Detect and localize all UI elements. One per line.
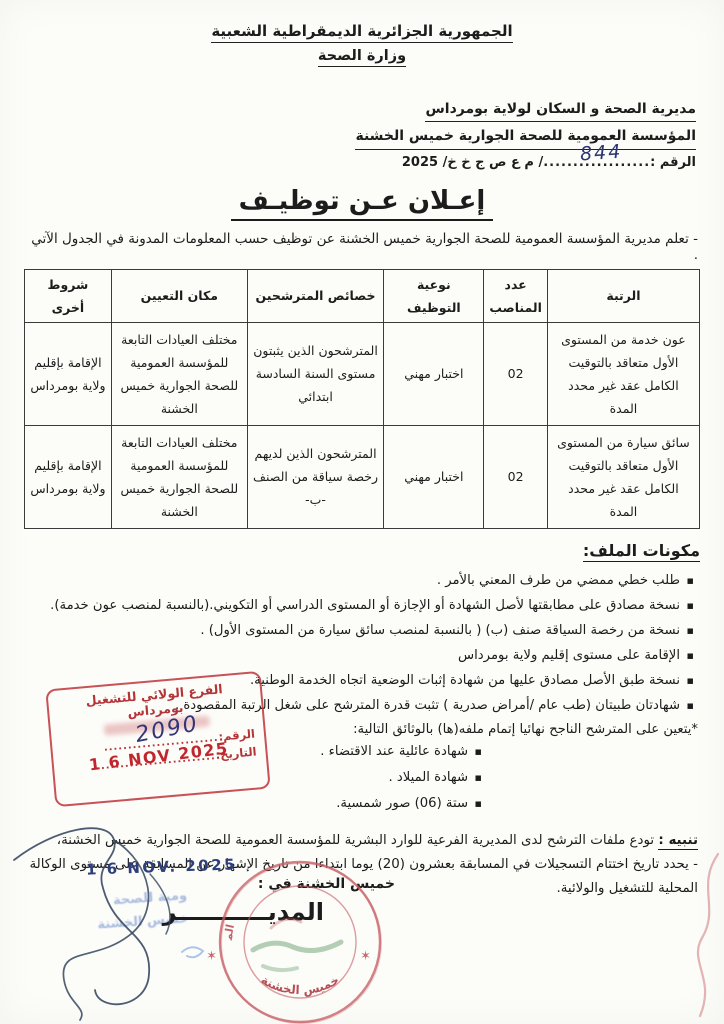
edge-stamp-fragment <box>686 846 724 1022</box>
jobs-table: الرتبة عدد المناصب نوعية التوظيف خصائص ا… <box>24 269 700 529</box>
cell-profile: المترشحون الذين يثبتون مستوى السنة الساد… <box>247 322 384 425</box>
cell-location: مختلف العيادات التابعة للمؤسسة العمومية … <box>111 425 247 528</box>
ref-label: الرقم : <box>650 155 696 170</box>
table-row: عون خدمة من المستوى الأول متعاقد بالتوقي… <box>25 322 700 425</box>
organization-block: مديرية الصحة و السكان لولاية بومرداس الم… <box>24 95 696 174</box>
reference-line: الرقم :..................844/ م ع ص ج خ … <box>24 153 696 174</box>
bullet-icon <box>680 568 694 593</box>
bullet-icon <box>680 693 694 718</box>
cell-type: اختبار مهني <box>384 322 484 425</box>
ref-number-handwritten: 844 <box>579 136 623 169</box>
intro-paragraph: - تعلم مديرية المؤسسة العمومية للصحة الج… <box>24 231 698 263</box>
cell-profile: المترشحون الذين لديهم رخصة سياقة من الصن… <box>247 425 384 528</box>
signature <box>0 812 310 1024</box>
bullet-icon <box>468 765 482 791</box>
col-header-count: عدد المناصب <box>484 269 547 322</box>
col-header-profile: خصائص المترشحين <box>247 269 384 322</box>
bullet-icon <box>468 791 482 817</box>
title-wrap: إعـلان عـن توظيـف <box>24 186 700 221</box>
blue-ink-mark <box>182 947 203 957</box>
bullet-icon <box>680 593 694 618</box>
cell-location: مختلف العيادات التابعة للمؤسسة العمومية … <box>111 322 247 425</box>
file-section-heading: مكونات الملف: <box>583 541 700 562</box>
bullet-icon <box>680 643 694 668</box>
cell-rank: سائق سيارة من المستوى الأول متعاقد بالتو… <box>547 425 699 528</box>
page-title: إعـلان عـن توظيـف <box>231 186 494 221</box>
col-header-type: نوعية التوظيف <box>384 269 484 322</box>
list-item: طلب خطي ممضي من طرف المعني بالأمر . <box>24 568 694 593</box>
table-row: سائق سيارة من المستوى الأول متعاقد بالتو… <box>25 425 700 528</box>
org-line-1: مديرية الصحة و السكان لولاية بومرداس <box>425 98 696 122</box>
cell-count: 02 <box>484 322 547 425</box>
cell-other: الإقامة بإقليم ولاية بومرداس <box>25 322 112 425</box>
document-page: الجمهورية الجزائرية الديمقراطية الشعبية … <box>0 0 724 1024</box>
cell-type: اختبار مهني <box>384 425 484 528</box>
cell-count: 02 <box>484 425 547 528</box>
list-item: نسخة مصادق على مطابقتها لأصل الشهادة أو … <box>24 593 694 618</box>
ministry-title: وزارة الصحة <box>318 48 406 67</box>
cell-rank: عون خدمة من المستوى الأول متعاقد بالتوقي… <box>547 322 699 425</box>
ref-dotted-line: ..................844 <box>543 153 650 174</box>
government-header: الجمهورية الجزائرية الديمقراطية الشعبية … <box>24 20 700 69</box>
registry-stamp: الفرع الولائي للتشغيل بومرداس الرقم: ...… <box>45 671 270 807</box>
bullet-icon <box>680 668 694 693</box>
col-header-location: مكان التعيين <box>111 269 247 322</box>
list-item: الإقامة على مستوى إقليم ولاية بومرداس <box>24 643 694 668</box>
country-title: الجمهورية الجزائرية الديمقراطية الشعبية <box>211 22 512 43</box>
cell-other: الإقامة بإقليم ولاية بومرداس <box>25 425 112 528</box>
col-header-other: شروط أخرى <box>25 269 112 322</box>
bullet-icon <box>468 739 482 765</box>
org-line-2: المؤسسة العمومية للصحة الجوارية خميس الخ… <box>355 125 696 149</box>
table-header-row: الرتبة عدد المناصب نوعية التوظيف خصائص ا… <box>25 269 700 322</box>
bullet-icon <box>680 618 694 643</box>
star-icon: ✶ <box>360 949 371 964</box>
list-item: نسخة من رخصة السياقة صنف (ب) ( بالنسبة ل… <box>24 618 694 643</box>
ref-suffix: / م ع ص ج خ خ/ 2025 <box>402 155 543 170</box>
col-header-rank: الرتبة <box>547 269 699 322</box>
